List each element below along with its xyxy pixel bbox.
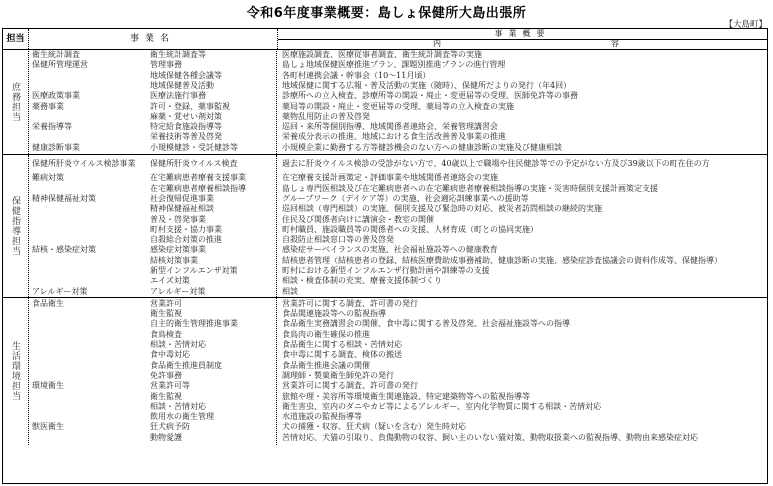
table-row: 食鳥検査食鳥肉の衛生確保の推進	[28, 330, 767, 340]
jigyo-name-cell: 難病対策	[32, 173, 148, 183]
sub-jigyo-cell: 精神保健福祉相談	[150, 204, 276, 214]
table-row: 栄養指導等特定給食施設指導等巡回・来所等個別指導、地域関係者連絡会、栄養管理講習…	[28, 122, 767, 132]
sub-jigyo-cell: 地域保健普及活動	[150, 81, 276, 91]
header-naiyo-2: 容	[611, 39, 619, 49]
naiyo-cell: 食品関連施設等への監視指導	[282, 309, 763, 319]
table-row: 健康診断事業小規模健診・受託健診等小規模企業に勤務する方等健診機会のない方への健…	[28, 143, 767, 153]
sub-jigyo-cell: 食中毒対応	[150, 350, 276, 360]
sub-jigyo-cell: 社会復帰促進事業	[150, 194, 276, 204]
jigyo-name-cell: 精神保健福祉対策	[32, 194, 148, 204]
section-label-text: 庶務担当	[9, 82, 22, 122]
table-row: 保健所肝炎ウイルス検診事業保健所肝炎ウイルス検査過去に肝炎ウイルス検診の受診がな…	[28, 159, 767, 169]
naiyo-cell: 各町村連携会議・幹事会（10～11月頃）	[282, 71, 763, 81]
naiyo-cell: 食品衛生推進会議の開催	[282, 361, 763, 371]
header-tanto: 担当	[3, 29, 29, 49]
table-row: 衛生監視食品関連施設等への監視指導	[28, 309, 767, 319]
table-row: 地域保健各種会議等各町村連携会議・幹事会（10～11月頃）	[28, 71, 767, 81]
sub-jigyo-cell: 小規模健診・受託健診等	[150, 143, 276, 153]
table-row: 食品衛生営業許可営業許可に関する調査、許可書の発行	[28, 299, 767, 309]
naiyo-cell: グループワーク（デイケア等）の実施、社会適応訓練事業への援助等	[282, 194, 763, 204]
business-summary-table: 担当 事業名 事業概要 内 容 庶務担当衛生統計調査衛生統計調査等医療施設調査、…	[2, 28, 768, 484]
table-row: 新型インフルエンザ対策町村における新型インフルエンザ行動計画や訓練等の支援	[28, 266, 767, 276]
sub-jigyo-cell: 衛生監視	[150, 392, 276, 402]
jigyo-name-cell: 健康診断事業	[32, 143, 148, 153]
table-row: 免許事務調理師・製菓衛生師免許の発行	[28, 371, 767, 381]
naiyo-cell: 巡回・来所等個別指導、地域関係者連絡会、栄養管理講習会	[282, 122, 763, 132]
table-row: 飲用水の衛生管理水道施設の監視指導等	[28, 412, 767, 422]
sub-jigyo-cell: 普及・啓発事業	[150, 215, 276, 225]
section-3: 生活環境担当食品衛生営業許可営業許可に関する調査、許可書の発行衛生監視食品関連施…	[3, 298, 767, 445]
sub-jigyo-cell: 保健所肝炎ウイルス検査	[150, 159, 276, 169]
naiyo-cell: 島しょ専門医相談及び在宅難病患者への在宅難病患者療養相談指導の実施・災害時個別支…	[282, 184, 763, 194]
naiyo-cell: 旅館や理・美容所等環境衛生関連施設、特定建築物等への監視指導等	[282, 392, 763, 402]
sub-jigyo-cell: 営業許可等	[150, 381, 276, 391]
table-row: 食中毒対応食中毒に関する調査、検体の搬送	[28, 350, 767, 360]
table-row: 衛生監視旅館や理・美容所等環境衛生関連施設、特定建築物等への監視指導等	[28, 392, 767, 402]
table-row: 相談・苦情対応食品衛生に関する相談・苦情対応	[28, 340, 767, 350]
section-1: 庶務担当衛生統計調査衛生統計調査等医療施設調査、医療従事者調査、衛生統計調査等の…	[3, 49, 767, 155]
table-header: 担当 事業名 事業概要 内 容	[3, 29, 767, 50]
naiyo-cell: 結核患者管理（結核患者の登録、結核医療費助成事務補助、健康診断の実施、感染症診査…	[282, 256, 763, 266]
naiyo-cell: 薬物乱用防止の普及啓発	[282, 112, 763, 122]
jigyo-name-cell: 衛生統計調査	[32, 50, 148, 60]
table-row: 麻薬・覚せい剤対策薬物乱用防止の普及啓発	[28, 112, 767, 122]
naiyo-cell: 薬局等の開設・廃止・変更届等の受理、薬局等の立入検査の実施	[282, 102, 763, 112]
section-label-text: 生活環境担当	[9, 341, 22, 401]
table-row: 保健所管理運営管理事務島しょ地域保健医療推進プラン、課題別推進プランの進行管理	[28, 60, 767, 70]
table-row: 精神保健福祉対策社会復帰促進事業グループワーク（デイケア等）の実施、社会適応訓練…	[28, 194, 767, 204]
naiyo-cell: 自殺防止相談窓口等の普及啓発	[282, 235, 763, 245]
sub-jigyo-cell: 在宅難病患者療養相談指導	[150, 184, 276, 194]
table-row: 地域保健普及活動地域保健に関する広報・普及活動の実施（随時）、保健所だよりの発行…	[28, 81, 767, 91]
table-row: 薬務事業許可・登録、薬事監視薬局等の開設・廃止・変更届等の受理、薬局等の立入検査…	[28, 102, 767, 112]
sub-jigyo-cell: 結核対策事業	[150, 256, 276, 266]
sub-jigyo-cell: エイズ対策	[150, 276, 276, 286]
table-row: 自殺総合対策の推進自殺防止相談窓口等の普及啓発	[28, 235, 767, 245]
table-row: 精神保健福祉相談巡回相談（専門相談）の実施、個別支援及び緊急時の対応、被災者訪問…	[28, 204, 767, 214]
naiyo-cell: 在宅療養支援計画策定・評価事業や地域関係者連絡会の実施	[282, 173, 763, 183]
jigyo-name-cell: 保健所管理運営	[32, 60, 148, 70]
naiyo-cell: 栄養成分表示の推進、地域における食生活改善普及事業の推進	[282, 132, 763, 142]
naiyo-cell: 苦情対応、犬猫の引取り、負傷動物の収容、飼い主のいない猫対策、動物取扱業への監視…	[282, 433, 763, 443]
naiyo-cell: 食品衛生実務講習会の開催、食中毒に関する普及啓発、社会福祉施設等への指導	[282, 319, 763, 329]
naiyo-cell: 衛生害虫、室内のダニやカビ等によるアレルギー、室内化学物質に関する相談・苦情対応	[282, 402, 763, 412]
section-label-text: 保健指導担当	[9, 196, 22, 256]
sub-jigyo-cell: 麻薬・覚せい剤対策	[150, 112, 276, 122]
section-label: 生活環境担当	[3, 298, 29, 445]
table-row: 動物愛護苦情対応、犬猫の引取り、負傷動物の収容、飼い主のいない猫対策、動物取扱業…	[28, 433, 767, 443]
naiyo-cell: 町村職員、施設職員等の関係者への支援、人材育成（町との協同実施）	[282, 225, 763, 235]
jigyo-name-cell: 獣医衛生	[32, 422, 148, 432]
page-title: 令和6年度事業概要：島しょ保健所大島出張所	[0, 2, 773, 21]
naiyo-cell: 水道施設の監視指導等	[282, 412, 763, 422]
sub-jigyo-cell: 自主的衛生管理推進事業	[150, 319, 276, 329]
naiyo-cell: 巡回相談（専門相談）の実施、個別支援及び緊急時の対応、被災者訪問相談の継続的実施	[282, 204, 763, 214]
sub-jigyo-cell: 自殺総合対策の推進	[150, 235, 276, 245]
header-naiyo-1: 内	[433, 39, 441, 49]
jigyo-name-cell: 結核・感染症対策	[32, 245, 148, 255]
naiyo-cell: 診療所への立入検査、診療所等の開設・廃止・変更届等の受理、医師免許等の事務	[282, 91, 763, 101]
table-row: アレルギー対策アレルギー対策相談	[28, 287, 767, 297]
naiyo-cell: 調理師・製菓衛生師免許の発行	[282, 371, 763, 381]
sub-jigyo-cell: 地域保健各種会議等	[150, 71, 276, 81]
jigyo-name-cell: 環境衛生	[32, 381, 148, 391]
table-row: 結核・感染症対策感染症対策事業感染症サーベイランスの実施、社会福祉施設等への健康…	[28, 245, 767, 255]
sub-jigyo-cell: アレルギー対策	[150, 287, 276, 297]
jigyo-name-cell: 保健所肝炎ウイルス検診事業	[32, 159, 148, 169]
jigyo-name-cell: 食品衛生	[32, 299, 148, 309]
sub-jigyo-cell: 特定給食施設指導等	[150, 122, 276, 132]
jigyo-name-cell: アレルギー対策	[32, 287, 148, 297]
section-label: 庶務担当	[3, 49, 29, 154]
sub-jigyo-cell: 在宅難病患者療養支援事業	[150, 173, 276, 183]
naiyo-cell: 住民及び関係者向けに講演会・教室の開催	[282, 215, 763, 225]
section-2: 保健指導担当保健所肝炎ウイルス検診事業保健所肝炎ウイルス検査過去に肝炎ウイルス検…	[3, 155, 767, 298]
jigyo-name-cell: 薬務事業	[32, 102, 148, 112]
table-row: 衛生統計調査衛生統計調査等医療施設調査、医療従事者調査、衛生統計調査等の実施	[28, 50, 767, 60]
sub-jigyo-cell: 狂犬病予防	[150, 422, 276, 432]
table-row: 医療政策事業医療法施行事務診療所への立入検査、診療所等の開設・廃止・変更届等の受…	[28, 91, 767, 101]
sub-jigyo-cell: 相談・苦情対応	[150, 402, 276, 412]
sub-jigyo-cell: 新型インフルエンザ対策	[150, 266, 276, 276]
table-row: 自主的衛生管理推進事業食品衛生実務講習会の開催、食中毒に関する普及啓発、社会福祉…	[28, 319, 767, 329]
naiyo-cell: 過去に肝炎ウイルス検診の受診がない方で、40歳以上で職場や住民健診等での予定がな…	[282, 159, 763, 169]
sub-jigyo-cell: 衛生監視	[150, 309, 276, 319]
naiyo-cell: 町村における新型インフルエンザ行動計画や訓練等の支援	[282, 266, 763, 276]
sub-jigyo-cell: 感染症対策事業	[150, 245, 276, 255]
table-row: 難病対策在宅難病患者療養支援事業在宅療養支援計画策定・評価事業や地域関係者連絡会…	[28, 173, 767, 183]
naiyo-cell: 食品衛生に関する相談・苦情対応	[282, 340, 763, 350]
table-row: 在宅難病患者療養相談指導島しょ専門医相談及び在宅難病患者への在宅難病患者療養相談…	[28, 184, 767, 194]
naiyo-cell: 感染症サーベイランスの実施、社会福祉施設等への健康教育	[282, 245, 763, 255]
naiyo-cell: 犬の捕獲・収容、狂犬病（疑いを含む）発生時対応	[282, 422, 763, 432]
sub-jigyo-cell: 動物愛護	[150, 433, 276, 443]
sub-jigyo-cell: 町村支援・協力事業	[150, 225, 276, 235]
table-row: エイズ対策相談・検査体制の充実、療養支援体制づくり	[28, 276, 767, 286]
table-row: 獣医衛生狂犬病予防犬の捕獲・収容、狂犬病（疑いを含む）発生時対応	[28, 422, 767, 432]
table-row: 結核対策事業結核患者管理（結核患者の登録、結核医療費助成事務補助、健康診断の実施…	[28, 256, 767, 266]
section-label: 保健指導担当	[3, 155, 29, 297]
table-row: 環境衛生営業許可等営業許可に関する調査、許可書の発行	[28, 381, 767, 391]
table-row: 栄養技術等普及啓発栄養成分表示の推進、地域における食生活改善普及事業の推進	[28, 132, 767, 142]
jigyo-name-cell: 医療政策事業	[32, 91, 148, 101]
sub-jigyo-cell: 許可・登録、薬事監視	[150, 102, 276, 112]
sub-jigyo-cell: 免許事務	[150, 371, 276, 381]
header-naiyo: 内 容	[278, 39, 767, 49]
sub-jigyo-cell: 食品衛生推進員制度	[150, 361, 276, 371]
sub-jigyo-cell: 管理事務	[150, 60, 276, 70]
naiyo-cell: 医療施設調査、医療従事者調査、衛生統計調査等の実施	[282, 50, 763, 60]
naiyo-cell: 食中毒に関する調査、検体の搬送	[282, 350, 763, 360]
sub-jigyo-cell: 飲用水の衛生管理	[150, 412, 276, 422]
sub-jigyo-cell: 医療法施行事務	[150, 91, 276, 101]
sub-jigyo-cell: 栄養技術等普及啓発	[150, 132, 276, 142]
naiyo-cell: 食鳥肉の衛生確保の推進	[282, 330, 763, 340]
naiyo-cell: 相談・検査体制の充実、療養支援体制づくり	[282, 276, 763, 286]
table-row: 相談・苦情対応衛生害虫、室内のダニやカビ等によるアレルギー、室内化学物質に関する…	[28, 402, 767, 412]
naiyo-cell: 営業許可に関する調査、許可書の発行	[282, 381, 763, 391]
table-row: 食品衛生推進員制度食品衛生推進会議の開催	[28, 361, 767, 371]
jigyo-name-cell: 栄養指導等	[32, 122, 148, 132]
naiyo-cell: 島しょ地域保健医療推進プラン、課題別推進プランの進行管理	[282, 60, 763, 70]
naiyo-cell: 小規模企業に勤務する方等健診機会のない方への健康診断の実施及び健康相談	[282, 143, 763, 153]
table-row: 町村支援・協力事業町村職員、施設職員等の関係者への支援、人材育成（町との協同実施…	[28, 225, 767, 235]
sub-jigyo-cell: 相談・苦情対応	[150, 340, 276, 350]
header-jigyo-mei: 事業名	[28, 29, 278, 49]
sub-jigyo-cell: 営業許可	[150, 299, 276, 309]
sub-jigyo-cell: 衛生統計調査等	[150, 50, 276, 60]
naiyo-cell: 地域保健に関する広報・普及活動の実施（随時）、保健所だよりの発行（年4回）	[282, 81, 763, 91]
table-row: 普及・啓発事業住民及び関係者向けに講演会・教室の開催	[28, 215, 767, 225]
naiyo-cell: 営業許可に関する調査、許可書の発行	[282, 299, 763, 309]
naiyo-cell: 相談	[282, 287, 763, 297]
sub-jigyo-cell: 食鳥検査	[150, 330, 276, 340]
